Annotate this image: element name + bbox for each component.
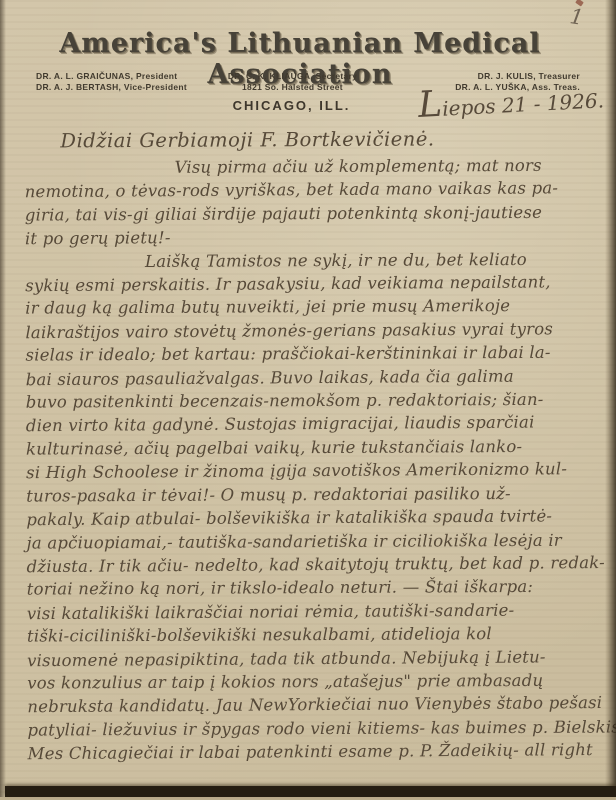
letter-line: džiusta. Ir tik ačiu- nedelto, kad skait… (27, 551, 616, 579)
officer-line: DR. A. L. GRAIČUNAS, President (36, 71, 187, 82)
officers-left: DR. A. L. GRAIČUNAS, President DR. A. J.… (36, 71, 187, 93)
officer-line: 1821 So. Halsted Street (228, 82, 357, 93)
scanned-letter-page: 1 America's Lithuanian Medical Associati… (0, 0, 616, 800)
letter-line: nemotina, o tėvas-rods vyriškas, bet kad… (25, 176, 616, 204)
officers-center: DR. C. K. KLIAUGA, Secretary 1821 So. Ha… (228, 71, 357, 93)
letter-line: visuomenė nepasipiktina, tada tik atbund… (27, 644, 616, 672)
letter-line: Mes Chicagiečiai ir labai patenkinti esa… (28, 738, 616, 766)
letter-line: visi katalikiški laikraščiai noriai rėmi… (27, 598, 616, 626)
letter-line: nebruksta kandidatų. Jau NewYorkiečiai n… (27, 691, 616, 719)
letter-body: Didžiai Gerbiamoji F. Bortkevičienė. Vis… (24, 126, 616, 765)
page-number: 1 (568, 4, 585, 30)
handwritten-date: Liepos 21 - 1926. (417, 75, 609, 126)
letter-line: ir daug ką galima butų nuveikti, jei pri… (25, 294, 616, 321)
scan-edge-left (0, 0, 6, 800)
officer-line: DR. C. K. KLIAUGA, Secretary (228, 71, 357, 82)
letter-line: Laišką Tamistos ne sykį, ir ne du, bet k… (145, 247, 616, 273)
letterhead-city: CHICAGO, ILL. (233, 98, 351, 113)
letter-line: tiški-ciciliniški-bolševikiški nesukalba… (27, 622, 616, 649)
letter-line: dien virto kita gadynė. Sustojas imigrac… (26, 410, 616, 438)
letter-line: bai siauros pasauliažvalgas. Buvo laikas… (26, 363, 616, 391)
letter-line: Visų pirma ačiu už komplementą; mat nors (174, 153, 616, 179)
letter-line: sielas ir idealo; bet kartau: praščiokai… (25, 341, 616, 368)
letter-line: pakaly. Kaip atbulai- bolševikiška ir ka… (26, 504, 616, 532)
officer-line: DR. A. J. BERTASH, Vice-President (36, 82, 187, 93)
letter-line: laikraštijos vairo stovėtų žmonės-gerian… (25, 317, 616, 345)
letter-line: sykių esmi perskaitis. Ir pasakysiu, kad… (25, 270, 616, 298)
scan-edge-right (605, 0, 616, 800)
salutation: Didžiai Gerbiamoji F. Bortkevičienė. (60, 126, 616, 152)
scan-edge-bottom (5, 786, 616, 797)
letter-line: it po gerų pietų!- (25, 223, 616, 251)
letter-line: si High Schoolese ir žinoma įgija savoti… (26, 457, 616, 485)
letter-line: toriai nežino ką nori, ir tikslo-idealo … (27, 575, 616, 602)
letter-line: ja apčiuopiamai,- tautiška-sandarietiška… (26, 528, 616, 555)
